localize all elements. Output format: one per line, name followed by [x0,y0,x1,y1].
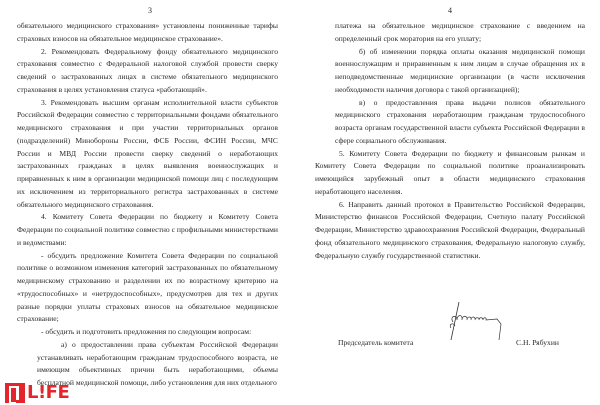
logo-text: L!FE [27,383,69,403]
signature-title: Председатель комитета [338,338,413,347]
signatory-name: С.Н. Рябухин [516,338,559,347]
paragraph-item-6: 6. Направить данный протокол в Правитель… [315,199,585,263]
handwritten-signature [445,300,515,345]
paragraph-item-5: 5. Комитету Совета Федерации по бюджету … [315,148,585,199]
paragraph-continuation: платежа на обязательное медицинское стра… [315,20,585,46]
page-body: платежа на обязательное медицинское стра… [315,20,585,262]
page-body: обязательного медицинского страхования» … [17,20,278,390]
paragraph-subitem-v: в) о предоставления права выдачи полисов… [315,97,585,148]
paragraph-bullet-2: - обсудить и подготовить предложения по … [17,326,278,339]
life-watermark-logo: L!FE [5,383,69,403]
page-number: 4 [300,6,600,15]
paragraph-continuation: обязательного медицинского страхования» … [17,20,278,46]
paragraph-bullet-1: - обсудить предложение Комитета Совета Ф… [17,250,278,327]
paragraph-item-3: 3. Рекомендовать высшим органам исполнит… [17,97,278,212]
paragraph-item-2: 2. Рекомендовать Федеральному фонду обяз… [17,46,278,97]
page-number: 3 [0,6,300,15]
document-page-3: 3 обязательного медицинского страхования… [0,0,300,405]
paragraph-item-4: 4. Комитету Совета Федерации по бюджету … [17,211,278,249]
paragraph-subitem-b: б) об изменении порядка оплаты оказания … [315,46,585,97]
life-logo-icon [5,383,25,403]
